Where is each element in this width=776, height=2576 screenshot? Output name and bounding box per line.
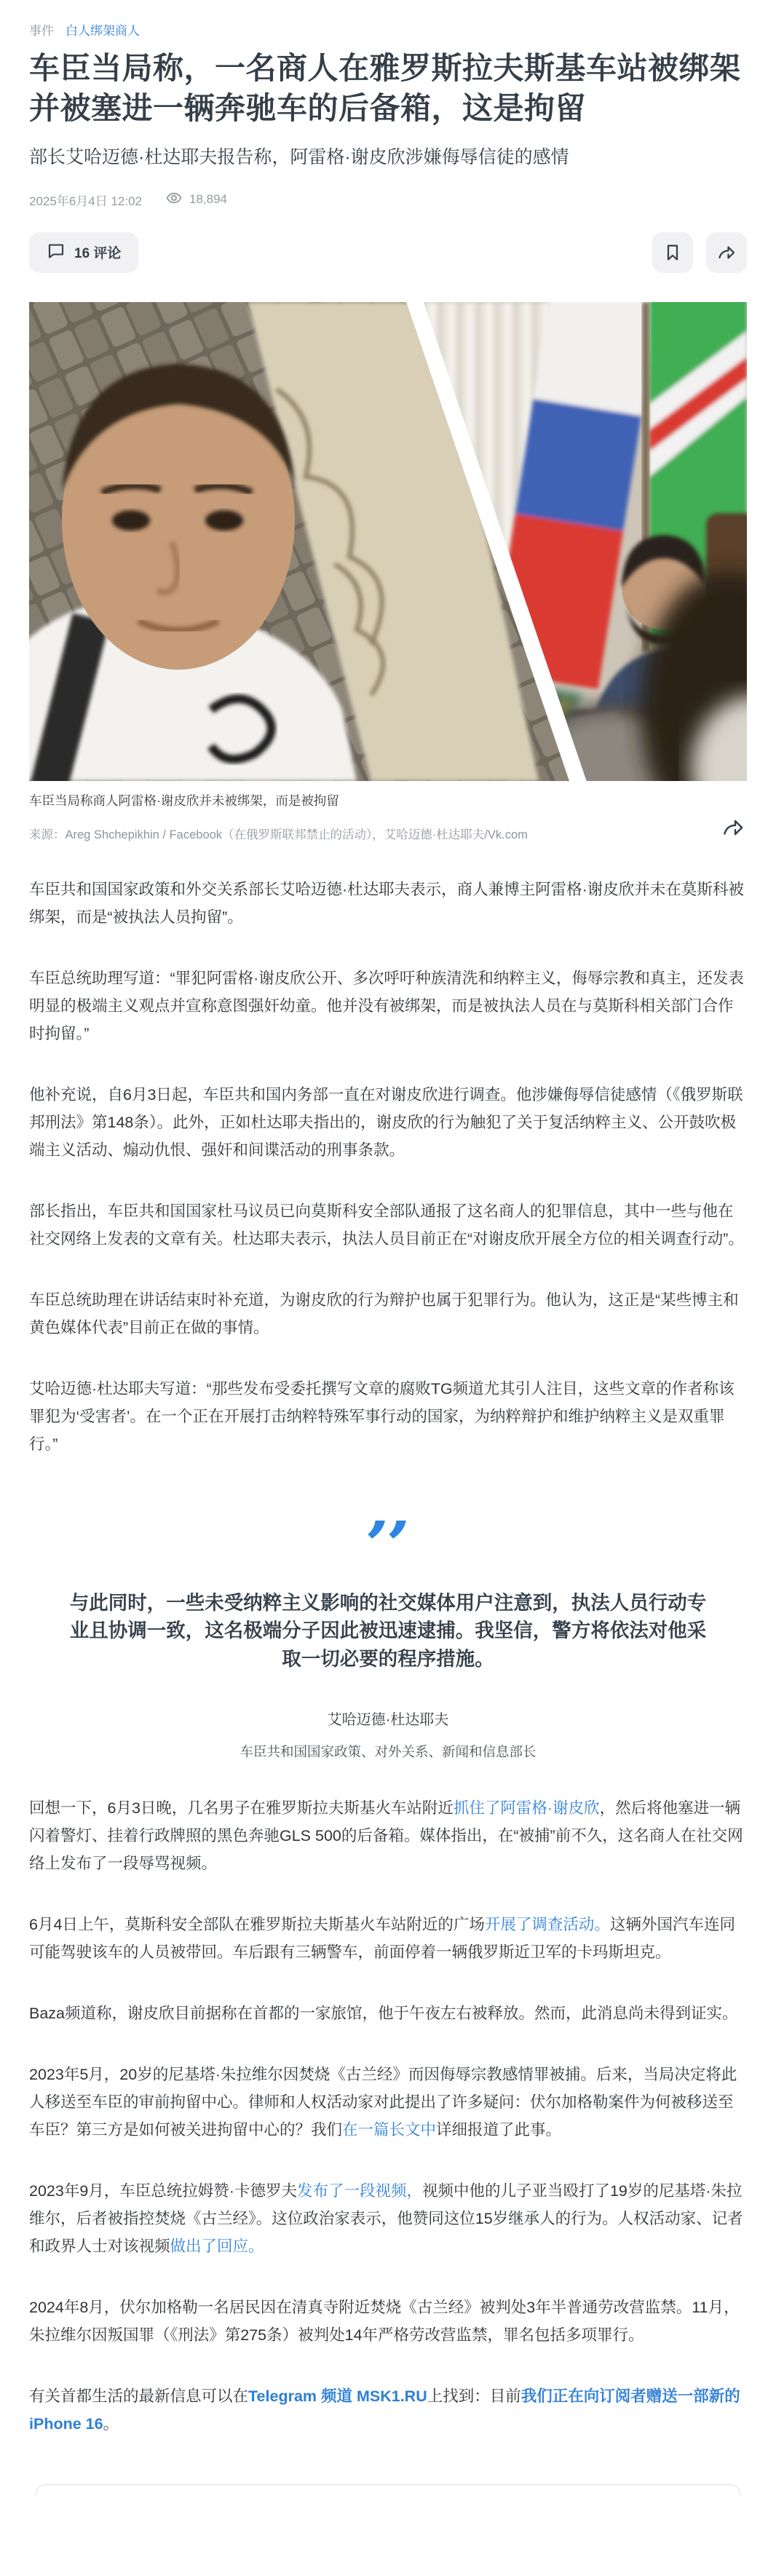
article-paragraph: 2023年5月，20岁的尼基塔·朱拉维尔因焚烧《古兰经》而因侮辱宗教感情罪被捕。… [29, 2061, 747, 2144]
paragraph-text: 详细报道了此事。 [436, 2121, 561, 2139]
comments-button[interactable]: 16 评论 [29, 232, 138, 273]
article-paragraph: 车臣共和国国家政策和外交关系部长艾哈迈德·杜达耶夫表示，商人兼博主阿雷格·谢皮欣… [29, 876, 747, 931]
article-paragraph: 2023年9月，车臣总统拉姆赞·卡德罗夫发布了一段视频，视频中他的儿子亚当殴打了… [29, 2177, 747, 2260]
paragraph-text: 有关首都生活的最新信息可以在 [29, 2387, 248, 2405]
image-share-button[interactable] [719, 815, 747, 842]
article-body-bottom: 回想一下，6月3日晚，几名男子在雅罗斯拉夫斯基火车站附近抓住了阿雷格·谢皮欣，然… [29, 1794, 747, 2438]
page-title: 车臣当局称，一名商人在雅罗斯拉夫斯基车站被绑架并被塞进一辆奔驰车的后备箱，这是拘… [29, 49, 747, 128]
publish-date: 2025年6月4日 12:02 [29, 191, 142, 209]
paragraph-text: 2024年8月，伏尔加格勒一名居民因在清真寺附近焚烧《古兰经》被判处3年半普通劳… [29, 2299, 740, 2344]
paragraph-text: 车臣总统助理在讲话结束时补充道，为谢皮欣的行为辩护也属于犯罪行为。他认为，这正是… [29, 1291, 739, 1336]
eye-icon [165, 189, 183, 210]
comment-bubble-icon [47, 241, 66, 264]
inline-link[interactable]: 发布了一段视频， [297, 2182, 422, 2200]
share-icon [716, 242, 737, 263]
bookmark-button[interactable] [652, 232, 693, 273]
share-button[interactable] [706, 232, 747, 273]
image-source: 来源：Areg Shchepikhin / Facebook（在俄罗斯联邦禁止的… [29, 825, 719, 842]
article-paragraph: 有关首都生活的最新信息可以在Telegram 频道 MSK1.RU上找到：目前我… [29, 2382, 747, 2438]
breadcrumb-tag-link[interactable]: 白人绑架商人 [66, 20, 140, 39]
views-count: 18,894 [189, 192, 227, 207]
inline-link[interactable]: 开展了调查活动。 [485, 1916, 610, 1933]
quote-text: 与此同时，一些未受纳粹主义影响的社交媒体用户注意到，执法人员行动专业且协调一致，… [60, 1589, 716, 1673]
views-counter: 18,894 [165, 189, 227, 210]
inline-link[interactable]: 抓住了阿雷格·谢皮欣 [454, 1799, 600, 1817]
paragraph-text: 上找到：目前 [427, 2387, 521, 2405]
article-subtitle: 部长艾哈迈德·杜达耶夫报告称，阿雷格·谢皮欣涉嫌侮辱信徒的感情 [29, 146, 747, 170]
article-actions: 16 评论 [29, 232, 747, 273]
paragraph-text: 车臣共和国国家政策和外交关系部长艾哈迈德·杜达耶夫表示，商人兼博主阿雷格·谢皮欣… [29, 881, 744, 926]
comments-label: 16 评论 [74, 242, 121, 262]
image-source-row: 来源：Areg Shchepikhin / Facebook（在俄罗斯联邦禁止的… [29, 815, 747, 842]
article-paragraph: 回想一下，6月3日晚，几名男子在雅罗斯拉夫斯基火车站附近抓住了阿雷格·谢皮欣，然… [29, 1794, 747, 1877]
inline-link[interactable]: 做出了回应。 [170, 2238, 264, 2255]
article-paragraph: 艾哈迈德·杜达耶夫写道：“那些发布受委托撰写文章的腐败TG频道尤其引人注目，这些… [29, 1375, 747, 1458]
paragraph-text: 部长指出，车臣共和国国家杜马议员已向莫斯科安全部队通报了这名商人的犯罪信息，其中… [29, 1202, 744, 1248]
pull-quote: ” 与此同时，一些未受纳粹主义影响的社交媒体用户注意到，执法人员行动专业且协调一… [29, 1521, 747, 1761]
quote-mark-icon: ” [29, 1521, 747, 1576]
paragraph-text: 6月4日上午，莫斯科安全部队在雅罗斯拉夫斯基火车站附近的广场 [29, 1916, 485, 1933]
hero-image[interactable] [29, 302, 747, 781]
paragraph-text: 艾哈迈德·杜达耶夫写道：“那些发布受委托撰写文章的腐败TG频道尤其引人注目，这些… [29, 1380, 735, 1453]
article-body-top: 车臣共和国国家政策和外交关系部长艾哈迈德·杜达耶夫表示，商人兼博主阿雷格·谢皮欣… [29, 876, 747, 1458]
image-caption: 车臣当局称商人阿雷格·谢皮欣并未被绑架，而是被拘留 [29, 791, 747, 809]
inline-link[interactable]: 在一篇长文中 [342, 2121, 436, 2139]
article-paragraph: Baza频道称，谢皮欣目前据称在首都的一家旅馆，他于午夜左右被释放。然而，此消息… [29, 2000, 747, 2027]
quote-author-role: 车臣共和国国家政策、对外关系、新闻和信息部长 [29, 1742, 747, 1761]
article-meta: 2025年6月4日 12:02 18,894 [29, 189, 747, 210]
article-paragraph: 车臣总统助理在讲话结束时补充道，为谢皮欣的行为辩护也属于犯罪行为。他认为，这正是… [29, 1286, 747, 1341]
article-paragraph: 6月4日上午，莫斯科安全部队在雅罗斯拉夫斯基火车站附近的广场开展了调查活动。这辆… [29, 1911, 747, 1966]
paragraph-text: Baza频道称，谢皮欣目前据称在首都的一家旅馆，他于午夜左右被释放。然而，此消息… [29, 2005, 738, 2022]
article-paragraph: 车臣总统助理写道：“罪犯阿雷格·谢皮欣公开、多次呼吁种族清洗和纳粹主义，侮辱宗教… [29, 964, 747, 1047]
quote-author: 艾哈迈德·杜达耶夫 [29, 1708, 747, 1729]
article-paragraph: 部长指出，车臣共和国国家杜马议员已向莫斯科安全部队通报了这名商人的犯罪信息，其中… [29, 1197, 747, 1253]
paragraph-text: 回想一下，6月3日晚，几名男子在雅罗斯拉夫斯基火车站附近 [29, 1799, 454, 1817]
related-card-partial[interactable] [35, 2484, 741, 2496]
paragraph-text: 车臣总统助理写道：“罪犯阿雷格·谢皮欣公开、多次呼吁种族清洗和纳粹主义，侮辱宗教… [29, 970, 744, 1042]
hero-photo-collage [29, 302, 747, 781]
breadcrumb-section-link[interactable]: 事件 [29, 20, 54, 39]
paragraph-text: 2023年9月，车臣总统拉姆赞·卡德罗夫 [29, 2182, 297, 2200]
article-page: 事件 白人绑架商人 车臣当局称，一名商人在雅罗斯拉夫斯基车站被绑架并被塞进一辆奔… [0, 0, 776, 2496]
breadcrumb: 事件 白人绑架商人 [29, 20, 747, 39]
paragraph-text: 。 [103, 2415, 119, 2433]
bookmark-icon [663, 243, 682, 262]
paragraph-text: 他补充说，自6月3日起，车臣共和国内务部一直在对谢皮欣进行调查。他涉嫌侮辱信徒感… [29, 1086, 743, 1159]
article-paragraph: 他补充说，自6月3日起，车臣共和国内务部一直在对谢皮欣进行调查。他涉嫌侮辱信徒感… [29, 1081, 747, 1164]
image-share-icon [721, 815, 745, 840]
article-paragraph: 2024年8月，伏尔加格勒一名居民因在清真寺附近焚烧《古兰经》被判处3年半普通劳… [29, 2294, 747, 2349]
inline-link[interactable]: Telegram 频道 MSK1.RU [248, 2387, 427, 2405]
